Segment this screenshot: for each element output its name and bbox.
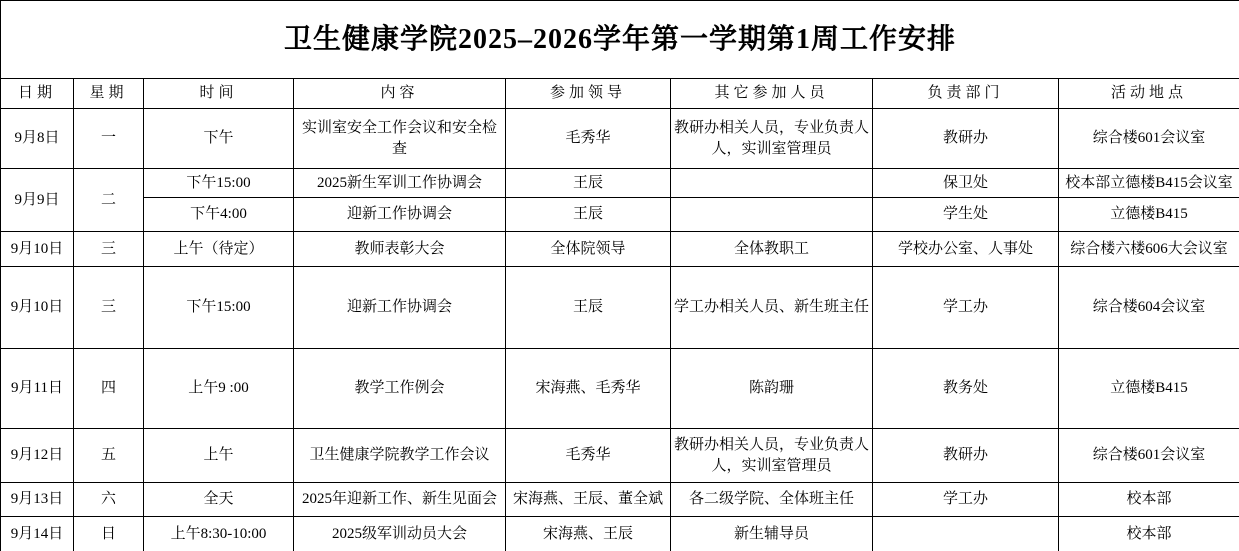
table-cell: 迎新工作协调会 (294, 267, 506, 349)
table-cell: 教师表彰大会 (294, 232, 506, 267)
table-cell: 二 (74, 169, 144, 232)
column-header: 日期 (1, 79, 74, 109)
table-cell: 综合楼六楼606大会议室 (1059, 232, 1239, 267)
column-header: 星期 (74, 79, 144, 109)
table-cell: 2025级军训动员大会 (294, 517, 506, 551)
table-cell: 9月14日 (1, 517, 74, 551)
table-cell: 全体院领导 (506, 232, 671, 267)
table-cell: 教研办相关人员，专业负责人人，实训室管理员 (671, 429, 873, 483)
table-cell: 四 (74, 349, 144, 429)
table-cell: 毛秀华 (506, 429, 671, 483)
title-row: 卫生健康学院2025–2026学年第一学期第1周工作安排 (1, 1, 1239, 79)
table-cell: 三 (74, 267, 144, 349)
schedule-sheet: 卫生健康学院2025–2026学年第一学期第1周工作安排 日期星期时间内容参加领… (0, 0, 1239, 551)
table-cell: 卫生健康学院教学工作会议 (294, 429, 506, 483)
table-cell: 日 (74, 517, 144, 551)
table-cell: 教学工作例会 (294, 349, 506, 429)
table-cell: 宋海燕、毛秀华 (506, 349, 671, 429)
table-row: 9月10日三下午15:00迎新工作协调会王辰学工办相关人员、新生班主任学工办综合… (1, 267, 1239, 349)
table-cell: 学生处 (873, 198, 1059, 232)
column-header: 参加领导 (506, 79, 671, 109)
table-cell: 校本部立德楼B415会议室 (1059, 169, 1239, 198)
table-cell: 下午15:00 (144, 267, 294, 349)
table-cell: 2025新生军训工作协调会 (294, 169, 506, 198)
table-cell: 迎新工作协调会 (294, 198, 506, 232)
table-cell: 新生辅导员 (671, 517, 873, 551)
table-cell: 教务处 (873, 349, 1059, 429)
table-cell: 教研办 (873, 429, 1059, 483)
table-cell: 9月10日 (1, 232, 74, 267)
column-header: 时间 (144, 79, 294, 109)
table-cell (671, 169, 873, 198)
table-row: 9月13日六全天2025年迎新工作、新生见面会宋海燕、王辰、董全斌各二级学院、全… (1, 483, 1239, 517)
table-cell: 教研办相关人员，专业负责人人，实训室管理员 (671, 109, 873, 169)
table-cell: 保卫处 (873, 169, 1059, 198)
table-cell: 上午（待定） (144, 232, 294, 267)
table-cell: 下午 (144, 109, 294, 169)
table-cell: 实训室安全工作会议和安全检查 (294, 109, 506, 169)
table-cell: 一 (74, 109, 144, 169)
page-title: 卫生健康学院2025–2026学年第一学期第1周工作安排 (284, 24, 956, 55)
table-cell: 2025年迎新工作、新生见面会 (294, 483, 506, 517)
table-cell: 毛秀华 (506, 109, 671, 169)
table-cell: 全天 (144, 483, 294, 517)
table-row: 9月10日三上午（待定）教师表彰大会全体院领导全体教职工学校办公室、人事处综合楼… (1, 232, 1239, 267)
table-row: 9月8日一下午实训室安全工作会议和安全检查毛秀华教研办相关人员，专业负责人人，实… (1, 109, 1239, 169)
work-schedule-table: 卫生健康学院2025–2026学年第一学期第1周工作安排 日期星期时间内容参加领… (0, 0, 1239, 551)
table-cell: 9月8日 (1, 109, 74, 169)
table-cell: 校本部 (1059, 483, 1239, 517)
table-row: 9月14日日上午8:30-10:002025级军训动员大会宋海燕、王辰新生辅导员… (1, 517, 1239, 551)
table-cell: 宋海燕、王辰 (506, 517, 671, 551)
table-cell: 全体教职工 (671, 232, 873, 267)
table-cell: 下午15:00 (144, 169, 294, 198)
table-cell: 综合楼601会议室 (1059, 109, 1239, 169)
table-cell: 王辰 (506, 169, 671, 198)
table-cell: 立德楼B415 (1059, 198, 1239, 232)
table-cell: 王辰 (506, 198, 671, 232)
table-header-row: 日期星期时间内容参加领导其它参加人员负责部门活动地点 (1, 79, 1239, 109)
table-cell: 学工办 (873, 267, 1059, 349)
column-header: 其它参加人员 (671, 79, 873, 109)
table-cell: 9月9日 (1, 169, 74, 232)
table-cell: 综合楼601会议室 (1059, 429, 1239, 483)
table-row: 9月9日二下午15:002025新生军训工作协调会王辰保卫处校本部立德楼B415… (1, 169, 1239, 198)
column-header: 内容 (294, 79, 506, 109)
table-cell: 综合楼604会议室 (1059, 267, 1239, 349)
table-cell: 三 (74, 232, 144, 267)
table-cell: 王辰 (506, 267, 671, 349)
table-cell: 陈韵珊 (671, 349, 873, 429)
table-cell: 学校办公室、人事处 (873, 232, 1059, 267)
table-cell: 各二级学院、全体班主任 (671, 483, 873, 517)
column-header: 负责部门 (873, 79, 1059, 109)
table-cell: 上午 (144, 429, 294, 483)
table-cell: 9月13日 (1, 483, 74, 517)
table-cell: 学工办相关人员、新生班主任 (671, 267, 873, 349)
table-cell: 教研办 (873, 109, 1059, 169)
column-header: 活动地点 (1059, 79, 1239, 109)
table-cell (873, 517, 1059, 551)
table-cell (671, 198, 873, 232)
table-cell: 校本部 (1059, 517, 1239, 551)
table-cell: 上午9 :00 (144, 349, 294, 429)
table-cell: 9月12日 (1, 429, 74, 483)
table-cell: 宋海燕、王辰、董全斌 (506, 483, 671, 517)
table-cell: 六 (74, 483, 144, 517)
table-row: 9月11日四上午9 :00教学工作例会宋海燕、毛秀华陈韵珊教务处立德楼B415 (1, 349, 1239, 429)
table-cell: 学工办 (873, 483, 1059, 517)
table-cell: 上午8:30-10:00 (144, 517, 294, 551)
table-cell: 五 (74, 429, 144, 483)
table-cell: 9月11日 (1, 349, 74, 429)
table-cell: 立德楼B415 (1059, 349, 1239, 429)
table-row: 下午4:00迎新工作协调会王辰学生处立德楼B415 (1, 198, 1239, 232)
table-row: 9月12日五上午卫生健康学院教学工作会议毛秀华教研办相关人员，专业负责人人，实训… (1, 429, 1239, 483)
table-cell: 下午4:00 (144, 198, 294, 232)
table-cell: 9月10日 (1, 267, 74, 349)
